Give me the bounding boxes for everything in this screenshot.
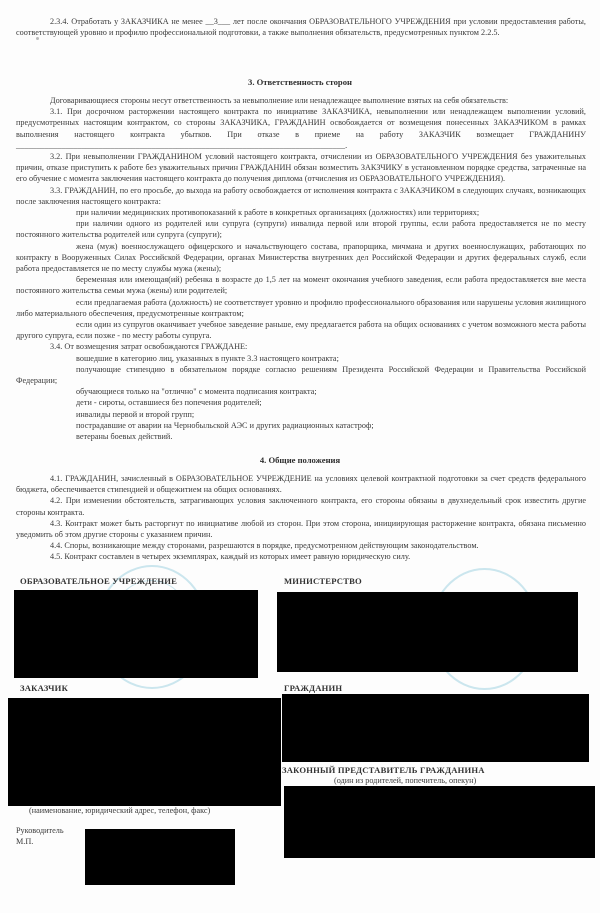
redacted-block-customer (8, 698, 281, 806)
legal-rep-note: (один из родителей, попечитель, опекун) (334, 776, 476, 785)
label-customer: ЗАКАЗЧИК (20, 683, 68, 693)
redacted-block-ministry (277, 592, 578, 672)
seal-label: М.П. (16, 837, 33, 846)
section-3-title: 3. Ответственность сторон (0, 77, 600, 87)
redacted-block-head (85, 829, 235, 885)
customer-note: (наименование, юридический адрес, телефо… (29, 806, 210, 815)
redacted-block-edu (14, 590, 258, 678)
label-legal-rep: ЗАКОННЫЙ ПРЕДСТАВИТЕЛЬ ГРАЖДАНИНА (282, 765, 485, 775)
contract-page: 2.3.4. Отработать у ЗАКАЗЧИКА не менее _… (0, 0, 600, 913)
clause-2-3-4: 2.3.4. Отработать у ЗАКАЗЧИКА не менее _… (16, 16, 586, 38)
label-edu-institution: ОБРАЗОВАТЕЛЬНОЕ УЧРЕЖДЕНИЕ (20, 576, 177, 586)
section-4-title: 4. Общие положения (0, 455, 600, 465)
redacted-block-legal-rep (284, 786, 595, 858)
label-citizen: ГРАЖДАНИН (284, 683, 342, 693)
head-label: Руководитель (16, 826, 64, 835)
label-ministry: МИНИСТЕРСТВО (284, 576, 362, 586)
redacted-block-citizen (282, 694, 589, 762)
section-4-body: 4.1. ГРАЖДАНИН, зачисленный в ОБРАЗОВАТЕ… (16, 473, 586, 563)
scan-artifact (36, 37, 39, 40)
section-3-body: Договаривающиеся стороны несут ответстве… (16, 95, 586, 442)
